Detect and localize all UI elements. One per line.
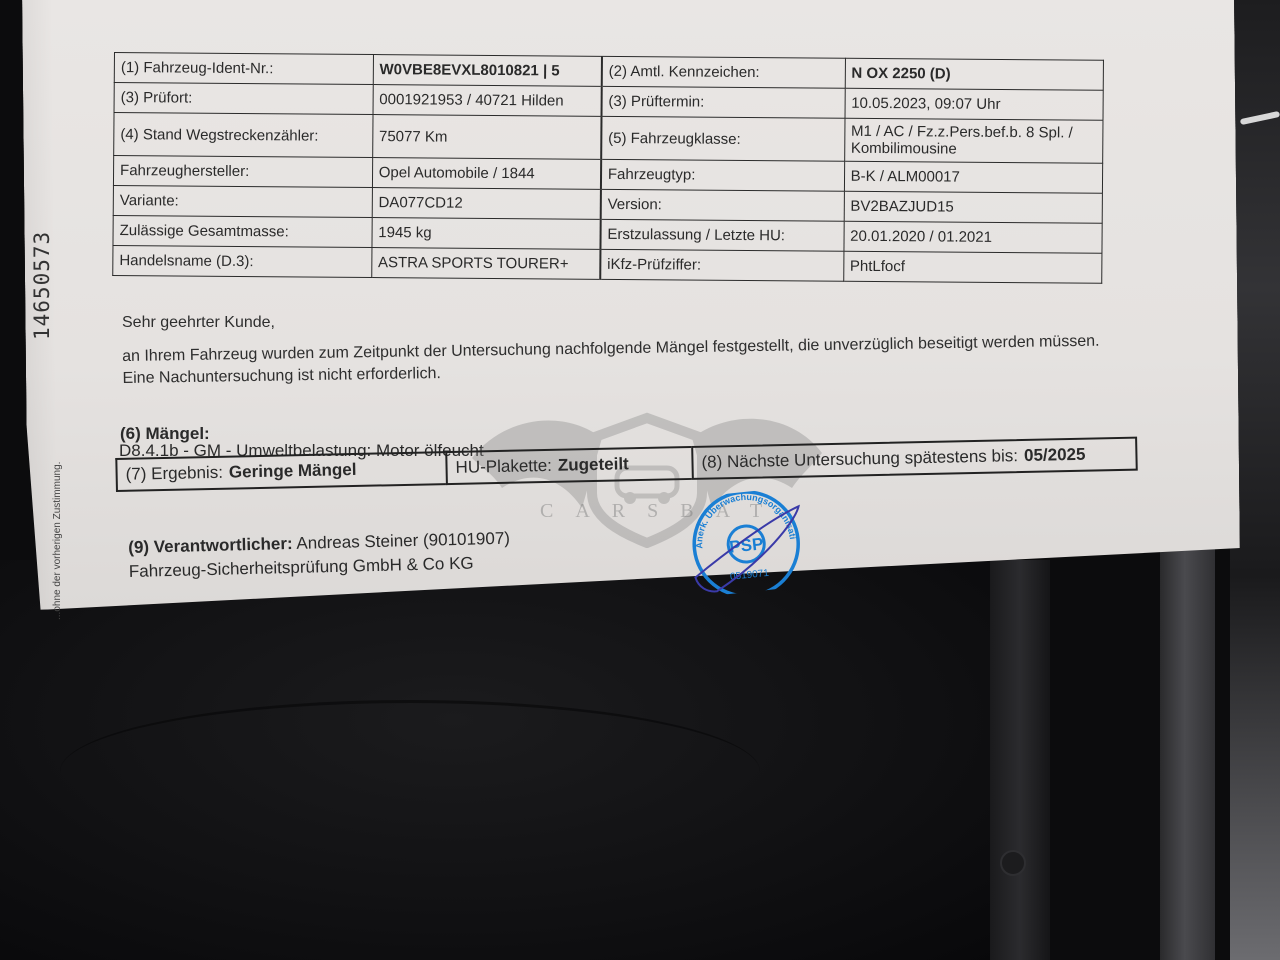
manufacturer-label: Fahrzeughersteller:: [113, 156, 372, 188]
test-location-value: 0001921953 / 40721 Hilden: [373, 85, 602, 117]
manufacturer-value: Opel Automobile / 1844: [372, 158, 601, 190]
background-fold: [60, 700, 760, 843]
vehicle-info-table: (1) Fahrzeug-Ident-Nr.: W0VBE8EVXL801082…: [112, 52, 1104, 284]
vin-value: W0VBE8EVXL8010821 | 5: [373, 55, 602, 87]
responsible-label: (9) Verantwortlicher:: [128, 534, 293, 557]
test-location-label: (3) Prüfort:: [114, 83, 373, 115]
next-inspection-label: (8) Nächste Untersuchung spätestens bis:: [701, 446, 1018, 473]
version-label: Version:: [601, 189, 844, 221]
check-digit-value: PhtLfocf: [843, 251, 1102, 283]
table-row: (4) Stand Wegstreckenzähler: 75077 Km (5…: [114, 113, 1103, 164]
responsible-name: Andreas Steiner (90101907): [296, 529, 510, 553]
version-value: BV2BAZJUD15: [844, 191, 1103, 223]
document-serial-number: 14650573: [30, 190, 90, 340]
plakette-label: HU-Plakette:: [455, 456, 552, 478]
vehicle-type-label: Fahrzeugtyp:: [601, 159, 844, 191]
variant-value: DA077CD12: [372, 188, 601, 220]
svg-text:0519071: 0519071: [730, 568, 770, 583]
result-label: (7) Ergebnis:: [125, 463, 223, 485]
vehicle-class-line1: M1 / AC / Fz.z.Pers.bef.b. 8 Spl. /: [851, 123, 1097, 142]
vehicle-type-value: B-K / ALM00017: [844, 161, 1103, 193]
odometer-label: (4) Stand Wegstreckenzähler:: [114, 113, 373, 158]
next-inspection-value: 05/2025: [1024, 445, 1086, 466]
plate-value: N OX 2250 (D): [845, 58, 1104, 90]
gross-weight-value: 1945 kg: [372, 218, 601, 250]
test-date-value: 10.05.2023, 09:07 Uhr: [845, 88, 1104, 120]
vehicle-class-value: M1 / AC / Fz.z.Pers.bef.b. 8 Spl. / Komb…: [844, 118, 1103, 163]
result-cell: (7) Ergebnis: Geringe Mängel: [115, 451, 446, 492]
greeting: Sehr geehrter Kunde,: [122, 314, 275, 332]
vehicle-class-label: (5) Fahrzeugklasse:: [601, 116, 845, 161]
test-date-label: (3) Prüftermin:: [601, 86, 844, 118]
official-stamp-icon: PSP Anerk. Überwachungsorganisation 0519…: [677, 486, 815, 599]
vin-label: (1) Fahrzeug-Ident-Nr.:: [114, 53, 373, 85]
trade-name-value: ASTRA SPORTS TOURER+: [371, 248, 600, 280]
side-note: ...ohne der vorherigen Zustimmung.: [52, 420, 68, 620]
registration-label: Erstzulassung / Letzte HU:: [600, 219, 843, 251]
vehicle-class-line2: Kombilimousine: [851, 140, 1097, 159]
result-value: Geringe Mängel: [229, 460, 357, 483]
check-digit-label: iKfz-Prüfziffer:: [600, 249, 843, 281]
registration-value: 20.01.2020 / 01.2021: [844, 221, 1103, 253]
gross-weight-label: Zulässige Gesamtmasse:: [113, 215, 372, 247]
variant-label: Variante:: [113, 185, 372, 217]
background-rail: [1160, 540, 1215, 960]
background-knob: [1000, 850, 1026, 876]
plakette-cell: HU-Plakette: Zugeteilt: [445, 446, 692, 485]
plate-label: (2) Amtl. Kennzeichen:: [602, 56, 845, 88]
background-pillar: [990, 560, 1050, 960]
responsible-block: (9) Verantwortlicher: Andreas Steiner (9…: [128, 527, 511, 584]
odometer-value: 75077 Km: [372, 115, 601, 160]
trade-name-label: Handelsname (D.3):: [113, 245, 372, 277]
plakette-value: Zugeteilt: [558, 454, 629, 475]
